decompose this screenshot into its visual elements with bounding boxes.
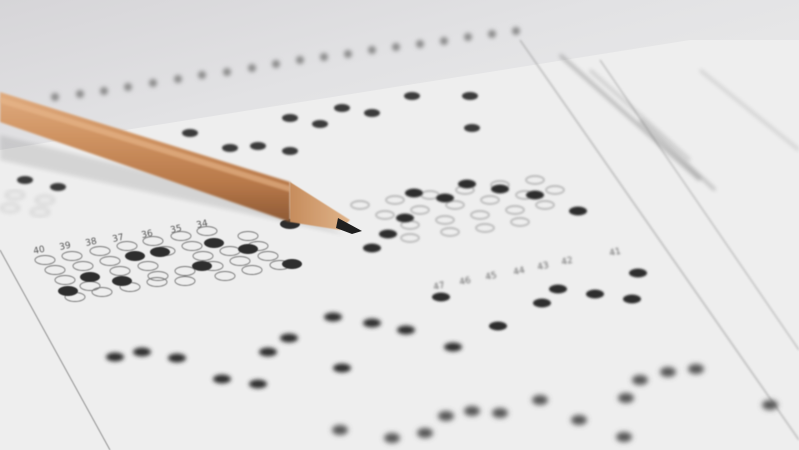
- answer-sheet-main: [0, 40, 799, 450]
- answer-sheet-illustration: 40 39 38 37 36 35 34: [0, 0, 799, 450]
- photo-scene: 40 39 38 37 36 35 34: [0, 0, 799, 450]
